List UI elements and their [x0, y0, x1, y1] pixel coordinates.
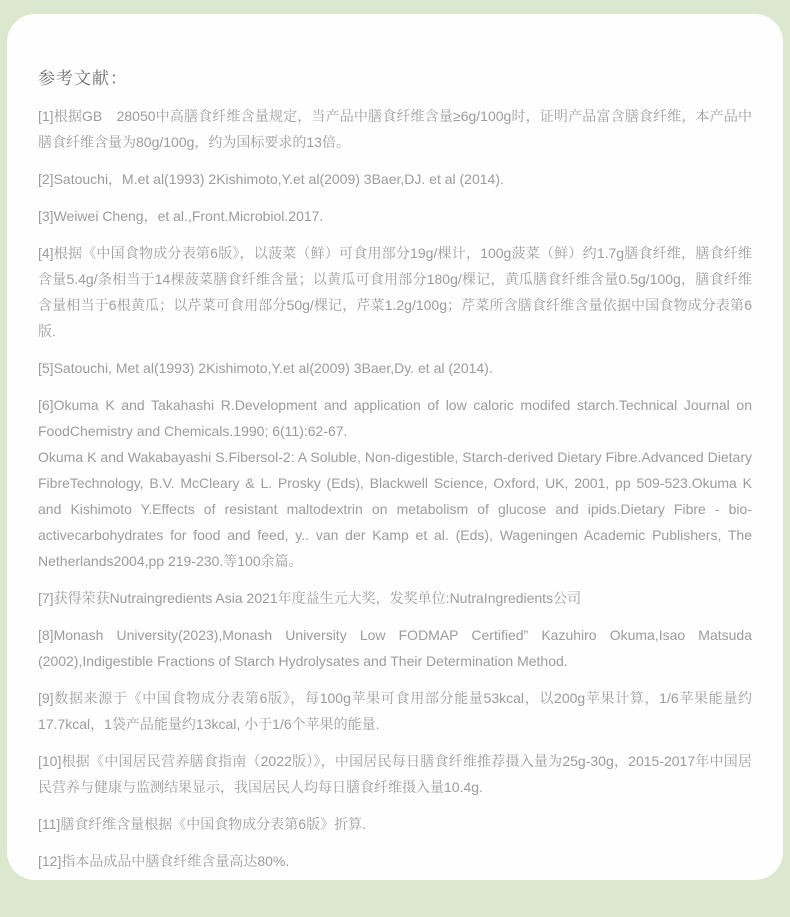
reference-item: [2]Satouchi，M.et al(1993) 2Kishimoto,Y.e…	[38, 166, 752, 192]
references-title: 参考文献：	[38, 66, 752, 92]
reference-item: [10]根据《中国居民营养膳食指南（2022版）》，中国居民每日膳食纤维推荐摄入…	[38, 748, 752, 800]
reference-item: [5]Satouchi, Met al(1993) 2Kishimoto,Y.e…	[38, 355, 752, 381]
reference-list: [1]根据GB 28050中高膳食纤维含量规定，当产品中膳食纤维含量≥6g/10…	[38, 103, 752, 874]
references-card: 参考文献： [1]根据GB 28050中高膳食纤维含量规定，当产品中膳食纤维含量…	[7, 14, 783, 880]
reference-item: [3]Weiwei Cheng，et al.,Front.Microbiol.2…	[38, 203, 752, 229]
reference-item: [7]获得荣获Nutraingredients Asia 2021年度益生元大奖…	[38, 585, 752, 611]
reference-item: [1]根据GB 28050中高膳食纤维含量规定，当产品中膳食纤维含量≥6g/10…	[38, 103, 752, 155]
reference-item: [6]Okuma K and Takahashi R.Development a…	[38, 392, 752, 574]
reference-item: [9]数据来源于《中国食物成分表第6版》，每100g苹果可食用部分能量53kca…	[38, 685, 752, 737]
reference-item: [8]Monash University(2023),Monash Univer…	[38, 622, 752, 674]
reference-item: [11]膳食纤维含量根据《中国食物成分表第6版》折算.	[38, 811, 752, 837]
reference-item: [4]根据《中国食物成分表第6版》，以菠菜（鲜）可食用部分19g/棵计，100g…	[38, 240, 752, 344]
reference-item: [12]指本品成品中膳食纤维含量高达80%.	[38, 848, 752, 874]
